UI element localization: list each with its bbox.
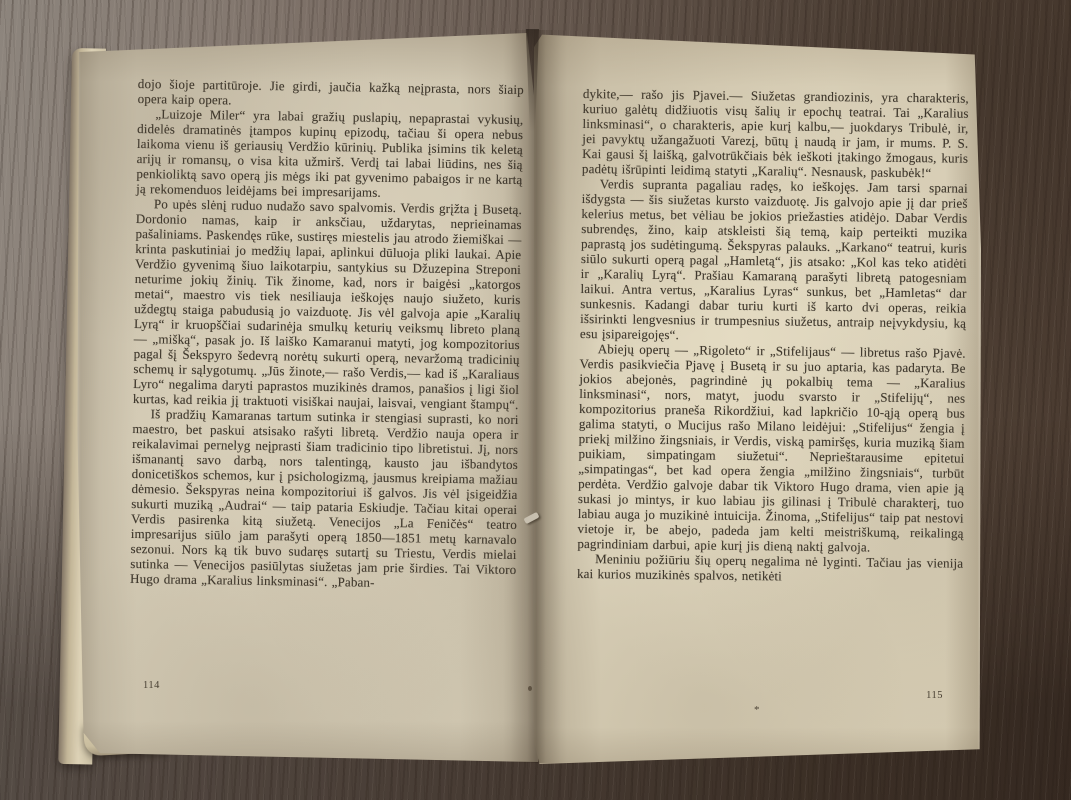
page-paragraph: Abiejų operų — „Rigoleto“ ir „Stifelijau…: [577, 341, 966, 556]
left-page-number: 114: [143, 680, 160, 691]
page-paragraph: Iš pradžių Kamaranas tartum sutinka ir s…: [130, 406, 519, 592]
binding-dot: [528, 686, 532, 691]
page-paragraph: „Luizoje Miler“ yra labai gražių puslapi…: [136, 106, 523, 202]
right-page-text-column: dykite,— rašo jis Pjavei.— Siužetas gran…: [577, 86, 969, 586]
left-page-text-column: dojo šioje partitūroje. Jie girdi, jauči…: [130, 76, 524, 592]
page-paragraph: dykite,— rašo jis Pjavei.— Siužetas gran…: [582, 86, 969, 181]
right-page-number: 115: [926, 690, 943, 701]
page-paragraph: Verdis supranta pagaliau radęs, ko ieško…: [580, 176, 968, 346]
left-page: dojo šioje partitūroje. Jie girdi, jauči…: [77, 30, 538, 765]
page-paragraph: Po upės slėnį ruduo nudažo savo spalvomi…: [133, 196, 522, 412]
page-paragraph: Meniniu požiūriu šių operų negalima nė l…: [577, 551, 963, 586]
wood-table-background: dojo šioje partitūroje. Jie girdi, jauči…: [0, 0, 1071, 800]
right-page: dykite,— rašo jis Pjavei.— Siužetas gran…: [534, 28, 981, 764]
open-book: dojo šioje partitūroje. Jie girdi, jauči…: [0, 0, 1071, 800]
footnote-separator-mark: *: [754, 704, 760, 716]
